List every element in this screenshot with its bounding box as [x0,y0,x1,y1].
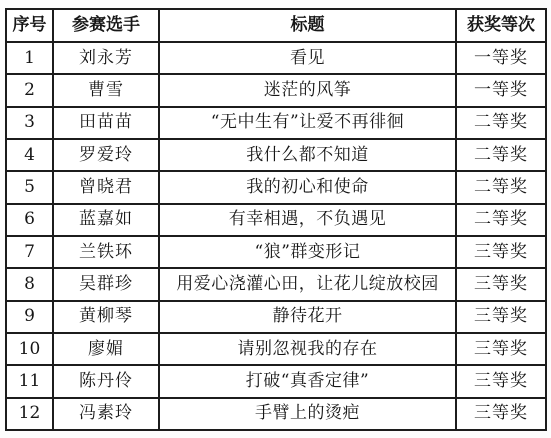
header-cell-title: 标题 [159,9,456,42]
header-cell-award: 获奖等次 [456,9,546,42]
page: 序号 参赛选手 标题 获奖等次 1 刘永芳 看见 一等奖 2 曹雪 迷茫的风筝 … [0,0,551,438]
cell-name: 田苗苗 [53,107,159,139]
cell-title: 看见 [159,42,456,74]
cell-award: 二等奖 [456,139,546,171]
cell-no: 3 [6,107,53,139]
table-row: 12 冯素玲 手臂上的烫疤 三等奖 [6,398,546,430]
cell-no: 6 [6,204,53,236]
cell-title: 用爱心浇灌心田，让花儿绽放校园 [159,268,456,300]
cell-no: 10 [6,333,53,365]
cell-award: 一等奖 [456,74,546,106]
cell-no: 7 [6,236,53,268]
table-row: 1 刘永芳 看见 一等奖 [6,42,546,74]
header-cell-no: 序号 [6,9,53,42]
cell-title: “狼”群变形记 [159,236,456,268]
cell-title: “无中生有”让爱不再徘徊 [159,107,456,139]
cell-title: 有幸相遇，不负遇见 [159,204,456,236]
cell-name: 冯素玲 [53,398,159,430]
cell-name: 罗爱玲 [53,139,159,171]
cell-name: 刘永芳 [53,42,159,74]
cell-name: 陈丹伶 [53,365,159,397]
cell-no: 5 [6,171,53,203]
cell-award: 三等奖 [456,268,546,300]
header-cell-name: 参赛选手 [53,9,159,42]
cell-award: 三等奖 [456,236,546,268]
cell-name: 曹雪 [53,74,159,106]
cell-award: 二等奖 [456,107,546,139]
cell-award: 三等奖 [456,333,546,365]
cell-no: 8 [6,268,53,300]
cell-no: 2 [6,74,53,106]
cell-name: 曾晓君 [53,171,159,203]
cell-name: 黄柳琴 [53,301,159,333]
header-row: 序号 参赛选手 标题 获奖等次 [6,9,546,42]
cell-no: 1 [6,42,53,74]
table-row: 6 蓝嘉如 有幸相遇，不负遇见 二等奖 [6,204,546,236]
table-row: 2 曹雪 迷茫的风筝 一等奖 [6,74,546,106]
cell-no: 12 [6,398,53,430]
table-row: 8 吴群珍 用爱心浇灌心田，让花儿绽放校园 三等奖 [6,268,546,300]
table-row: 10 廖媚 请别忽视我的存在 三等奖 [6,333,546,365]
table-row: 3 田苗苗 “无中生有”让爱不再徘徊 二等奖 [6,107,546,139]
cell-award: 二等奖 [456,204,546,236]
cell-award: 一等奖 [456,42,546,74]
cell-title: 手臂上的烫疤 [159,398,456,430]
cell-no: 4 [6,139,53,171]
cell-name: 廖媚 [53,333,159,365]
table-row: 7 兰铁环 “狼”群变形记 三等奖 [6,236,546,268]
cell-name: 兰铁环 [53,236,159,268]
table-row: 5 曾晓君 我的初心和使命 二等奖 [6,171,546,203]
cell-title: 我的初心和使命 [159,171,456,203]
cell-award: 三等奖 [456,398,546,430]
cell-title: 静待花开 [159,301,456,333]
cell-no: 11 [6,365,53,397]
table-row: 9 黄柳琴 静待花开 三等奖 [6,301,546,333]
table-row: 4 罗爱玲 我什么都不知道 二等奖 [6,139,546,171]
cell-title: 我什么都不知道 [159,139,456,171]
cell-award: 三等奖 [456,365,546,397]
cell-name: 吴群珍 [53,268,159,300]
cell-award: 二等奖 [456,171,546,203]
cell-no: 9 [6,301,53,333]
cell-title: 迷茫的风筝 [159,74,456,106]
cell-name: 蓝嘉如 [53,204,159,236]
awards-table: 序号 参赛选手 标题 获奖等次 1 刘永芳 看见 一等奖 2 曹雪 迷茫的风筝 … [5,8,547,431]
cell-title: 打破“真香定律” [159,365,456,397]
cell-title: 请别忽视我的存在 [159,333,456,365]
table-row: 11 陈丹伶 打破“真香定律” 三等奖 [6,365,546,397]
cell-award: 三等奖 [456,301,546,333]
